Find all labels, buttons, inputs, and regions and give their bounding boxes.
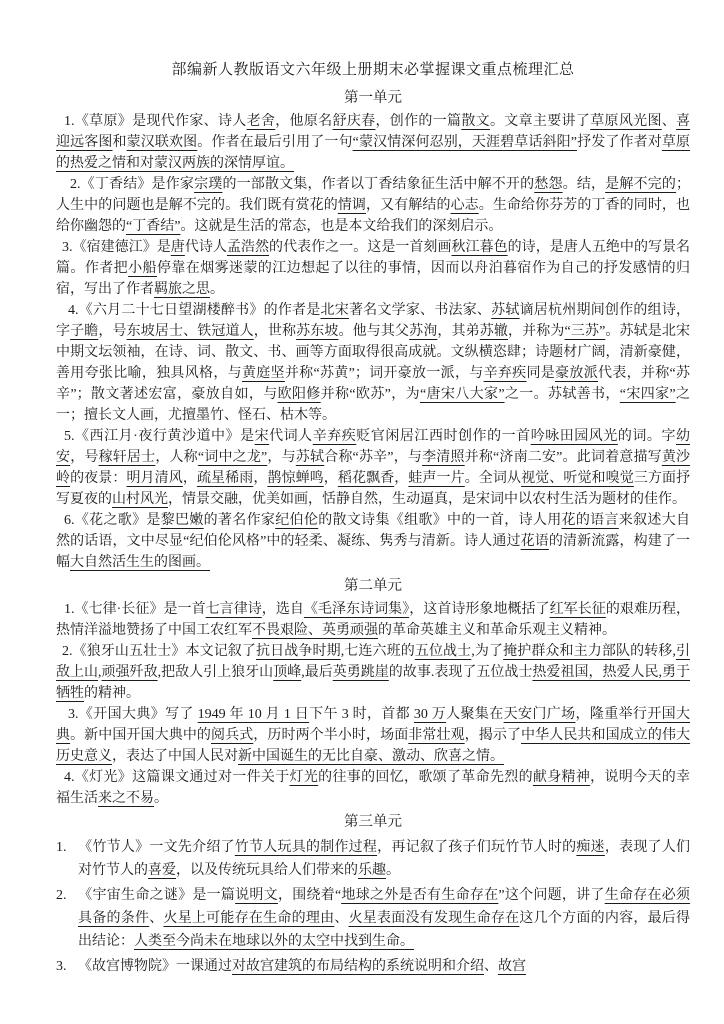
text-run: 。作者在最后引用了一句 bbox=[197, 135, 352, 150]
text-run: ,七连六班的 bbox=[341, 644, 415, 659]
underlined-text: “宋四家” bbox=[620, 387, 676, 402]
text-run: 。 bbox=[210, 282, 224, 297]
text-run: 4.《六月二十七日望湖楼醉书》的作者是 bbox=[68, 303, 320, 318]
underlined-text: 老舍 bbox=[247, 114, 276, 129]
document-title: 部编新人教版语文六年级上册期末必掌握课文重点梳理汇总 bbox=[56, 58, 690, 82]
underlined-text: 地球之外是否有生命存在 bbox=[341, 888, 498, 903]
underlined-text: 草原风光图 bbox=[590, 114, 662, 129]
underlined-text: 人类至今尚未在地球以外的太空中找到生命。 bbox=[134, 934, 414, 949]
underlined-text: “丁香结” bbox=[126, 219, 180, 234]
document-body: 第一单元1.《草原》是现代作家、诗人老舍，他原名舒庆春，创作的一篇散文。文章主要… bbox=[56, 86, 690, 978]
underlined-text: 痴迷 bbox=[576, 840, 604, 855]
underlined-text: 阅兵式 bbox=[211, 728, 253, 743]
paragraph: 6.《花之歌》是黎巴嫩的著名作家纪伯伦的散文诗集《组歌》中的一首，诗人用花的语言… bbox=[56, 510, 690, 573]
underlined-text: 苏洵 bbox=[409, 324, 437, 339]
text-run: ，这首诗形象地概括了 bbox=[409, 602, 549, 617]
text-run: 合称“苏辛”，与 bbox=[324, 450, 422, 465]
text-run: ，以及传统玩具给人们带来的 bbox=[176, 863, 358, 878]
underlined-text: 稼轩居士 bbox=[99, 450, 156, 465]
text-run: 并称“欧苏”，为 bbox=[321, 387, 420, 402]
text-run: 的一部散文集，作者以丁香结象征生活中解不开的 bbox=[222, 177, 534, 192]
underlined-text: 来之不易 bbox=[98, 791, 154, 806]
text-run: 的夜景： bbox=[70, 471, 126, 486]
section-heading: 第一单元 bbox=[56, 86, 690, 110]
text-run: 。结， bbox=[563, 177, 606, 192]
underlined-text: 疏星稀雨 bbox=[197, 471, 253, 486]
text-run: ，人称 bbox=[155, 450, 198, 465]
underlined-text: 竹节人玩具的制作过程 bbox=[235, 840, 377, 855]
underlined-text: 苏东坡 bbox=[296, 324, 338, 339]
text-run: 下午 3 时，首都 bbox=[309, 707, 414, 722]
text-run: ，世称 bbox=[254, 324, 296, 339]
underlined-text: 苏轼 bbox=[296, 450, 324, 465]
text-run: 的代表作之一。这是一首刻画 bbox=[269, 240, 451, 255]
underlined-text: 七言律诗 bbox=[206, 602, 262, 617]
paragraph: 3.《开国大典》写了 1949 年 10 月 1 日下午 3 时，首都 30 万… bbox=[56, 704, 690, 767]
underlined-text: 宋 bbox=[255, 429, 270, 444]
underlined-text: 黄庭坚 bbox=[242, 366, 285, 381]
underlined-text: 愁怨 bbox=[534, 177, 562, 192]
underlined-text: “蒙汉情深何忍别，天涯碧草话斜阳” bbox=[353, 135, 577, 150]
underlined-text: 李清照 bbox=[422, 450, 465, 465]
text-run: ， bbox=[394, 471, 408, 486]
underlined-text: “词中之龙” bbox=[198, 450, 267, 465]
text-run: 。他与其父 bbox=[339, 324, 410, 339]
underlined-text: 抗日战争时期 bbox=[256, 644, 341, 659]
underlined-text: 红军长征 bbox=[550, 602, 606, 617]
underlined-text: 灯光 bbox=[290, 770, 319, 785]
underlined-text: 纪伯伦 bbox=[275, 513, 318, 528]
underlined-text: 欧阳修 bbox=[278, 387, 321, 402]
underlined-text: 英勇跳崖 bbox=[333, 665, 389, 680]
underlined-text: 献身精神 bbox=[533, 770, 590, 785]
section-heading: 第三单元 bbox=[56, 810, 690, 834]
text-run: 的精神。 bbox=[84, 686, 140, 701]
underlined-text: 是解不完的 bbox=[605, 177, 676, 192]
text-run: ， bbox=[324, 471, 338, 486]
text-run: 、 bbox=[484, 959, 498, 974]
paragraph: 1.《七律·长征》是一首七言律诗，选自《毛泽东诗词集》，这首诗形象地概括了红军长… bbox=[56, 599, 690, 641]
underlined-text: 大自然活生生的图画。 bbox=[70, 555, 210, 570]
underlined-text: 子瞻 bbox=[70, 324, 98, 339]
underlined-text: 天安门广场 bbox=[504, 707, 576, 722]
text-run: 3.《宿建德江》是 bbox=[62, 240, 171, 255]
underlined-text: 吟咏田园风光 bbox=[531, 429, 618, 444]
text-run: 3.《开国大典》写了 bbox=[68, 707, 198, 722]
underlined-text: 辛弃疾 bbox=[313, 429, 357, 444]
text-run: 代诗人 bbox=[185, 240, 227, 255]
underlined-text: 孟浩然 bbox=[227, 240, 269, 255]
text-run: 的散文诗集《组歌》中的一首，诗人用 bbox=[318, 513, 561, 528]
text-run: 著名文学家、书法家、 bbox=[349, 303, 491, 318]
text-run: 《竹节人》一文先介绍了 bbox=[78, 840, 235, 855]
paragraph: 1.《竹节人》一文先介绍了竹节人玩具的制作过程，再记叙了孩子们玩竹节人时的痴迷，… bbox=[78, 836, 690, 882]
text-run: ，围绕着“ bbox=[278, 888, 341, 903]
text-run: ，历时两个半小时，场面 bbox=[253, 728, 408, 743]
text-run: 《宇宙生命之谜》是一篇 bbox=[78, 888, 235, 903]
text-run: ，表达了中国人民对 bbox=[112, 749, 238, 764]
text-run: ,为了 bbox=[471, 644, 503, 659]
underlined-text: 五位战士 bbox=[415, 644, 471, 659]
text-run: 的革命英雄主义和革命乐观主义精神。 bbox=[378, 623, 616, 638]
underlined-text: 说明文 bbox=[235, 888, 278, 903]
text-run: ，他原名 bbox=[275, 114, 332, 129]
underlined-text: 花语 bbox=[521, 534, 549, 549]
paragraph: 2.《狼牙山五壮士》本文记叙了抗日战争时期,七连六班的五位战士,为了掩护群众和主… bbox=[56, 641, 690, 704]
paragraph: 3.《宿建德江》是唐代诗人孟浩然的代表作之一。这是一首刻画秋江暮色的诗，是唐人五… bbox=[56, 237, 690, 300]
text-run: ，其弟 bbox=[437, 324, 479, 339]
underlined-text: 散文 bbox=[461, 114, 490, 129]
text-run: 。 bbox=[386, 863, 400, 878]
underlined-text: 视觉、听觉和嗅觉 bbox=[521, 471, 634, 486]
underlined-text: 辛弃疾 bbox=[484, 366, 527, 381]
underlined-text: 羁旅之思 bbox=[154, 282, 210, 297]
text-run: 、 bbox=[662, 114, 676, 129]
text-run: ，再记叙了孩子们玩竹节人时的 bbox=[377, 840, 576, 855]
text-run: 代词人 bbox=[269, 429, 313, 444]
text-run: 抒发了作者对 bbox=[577, 135, 662, 150]
text-run: ， bbox=[183, 471, 197, 486]
text-run: ，又有解结的 bbox=[366, 198, 451, 213]
text-run: ，隆重举行 bbox=[575, 707, 647, 722]
text-run: 贬官闲居江西时创作的一首 bbox=[356, 429, 530, 444]
section-heading: 第二单元 bbox=[56, 574, 690, 598]
text-run: ，与 bbox=[267, 450, 296, 465]
underlined-text: 蒙汉联欢图 bbox=[127, 135, 198, 150]
underlined-text: 黎巴嫩 bbox=[161, 513, 204, 528]
underlined-text: 宗璞 bbox=[194, 177, 222, 192]
text-run: ，号 bbox=[70, 450, 98, 465]
text-run: ， bbox=[253, 471, 267, 486]
text-run: 5.《西江月·夜行黄沙道中》是 bbox=[64, 429, 255, 444]
text-run: 2.《狼牙山五壮士》本文记叙了 bbox=[62, 644, 256, 659]
text-run: 同是 bbox=[526, 366, 555, 381]
text-run: 的词。字 bbox=[618, 429, 676, 444]
text-run: ”这个问题，讲了 bbox=[498, 888, 604, 903]
underlined-text: “唐宋八大家” bbox=[420, 387, 505, 402]
underlined-text: 顶峰 bbox=[273, 665, 301, 680]
text-run: ,把敌人引上狼牙山 bbox=[158, 665, 274, 680]
underlined-text: 《毛泽东诗词集》 bbox=[304, 602, 409, 617]
text-run: ，揭示了 bbox=[465, 728, 521, 743]
underlined-text: 30 万 bbox=[414, 707, 446, 722]
text-run: 。这就是生活的常态，也是本文给我们的深刻启示。 bbox=[180, 219, 502, 234]
text-run: 2.《丁香结》是作家 bbox=[70, 177, 194, 192]
underlined-text: 新中国诞生的无比自豪、激动、欣喜之情。 bbox=[238, 749, 504, 764]
underlined-text: 掩护群众和主力部队 bbox=[503, 644, 630, 659]
text-run: 1.《七律·长征》是一首 bbox=[64, 602, 206, 617]
underlined-text: 苏轼 bbox=[491, 303, 519, 318]
text-run: 的著名作家 bbox=[204, 513, 276, 528]
paragraph: 2.《宇宙生命之谜》是一篇说明文，围绕着“地球之外是否有生命存在”这个问题，讲了… bbox=[78, 884, 690, 953]
underlined-text: 小船 bbox=[128, 261, 157, 276]
underlined-text: 稻花飘香 bbox=[338, 471, 394, 486]
text-run: ，号 bbox=[98, 324, 126, 339]
underlined-text: 东坡居士、铁冠道人 bbox=[127, 324, 254, 339]
text-run: 。 bbox=[154, 791, 168, 806]
item-number: 1. bbox=[56, 836, 78, 859]
underlined-text: 舒庆春 bbox=[333, 114, 376, 129]
underlined-text: “三苏” bbox=[565, 324, 606, 339]
underlined-text: 喜爱 bbox=[148, 863, 176, 878]
text-run: 并称“济南二安”。此词着意描写 bbox=[465, 450, 662, 465]
underlined-text: 1949 年 10 月 1 日 bbox=[198, 707, 309, 722]
text-run: 。新中国开国大典中的 bbox=[70, 728, 211, 743]
underlined-text: 花的语言 bbox=[562, 513, 619, 528]
text-run: 人聚集在 bbox=[446, 707, 503, 722]
underlined-text: 火星上可能存在生命的理由 bbox=[163, 911, 334, 926]
underlined-text: 北宋 bbox=[320, 303, 348, 318]
item-number: 3. bbox=[56, 955, 78, 978]
underlined-text: 秋江暮色 bbox=[452, 240, 508, 255]
text-run: 、 bbox=[334, 911, 348, 926]
underlined-text: 明月清风 bbox=[126, 471, 182, 486]
text-run: 。文章主要讲了 bbox=[490, 114, 590, 129]
underlined-text: 火星表面没有发现生命存在 bbox=[349, 911, 520, 926]
underlined-text: 对故宫建筑的布局结构的系统说明和介绍 bbox=[232, 959, 484, 974]
text-run: 。全词从 bbox=[465, 471, 521, 486]
text-run: 的故事.表现了五位战士 bbox=[389, 665, 533, 680]
text-run: 、 bbox=[149, 911, 163, 926]
text-run: 和 bbox=[113, 135, 127, 150]
text-run: 的往事的回忆，歌颂了革命先烈的 bbox=[318, 770, 533, 785]
text-run: 4.《灯光》这篇课文通过对一件关于 bbox=[64, 770, 290, 785]
text-run: 并称“苏黄”；词开豪放一派，与 bbox=[285, 366, 484, 381]
item-number: 2. bbox=[56, 884, 78, 907]
underlined-text: 豪放派 bbox=[555, 366, 598, 381]
underlined-text: 山村风光 bbox=[112, 492, 168, 507]
text-run: 6.《花之歌》是 bbox=[64, 513, 161, 528]
underlined-text: 苏辙 bbox=[480, 324, 508, 339]
paragraph: 5.《西江月·夜行黄沙道中》是宋代词人辛弃疾贬官闲居江西时创作的一首吟咏田园风光… bbox=[56, 426, 690, 510]
text-run: 《故宫博物院》一课通过 bbox=[78, 959, 232, 974]
text-run: 之一。苏轼善书， bbox=[505, 387, 620, 402]
text-run: ，情景交融，优美如画，恬静自然，生动逼真，是宋词中以农村生活为题材的佳作。 bbox=[168, 492, 686, 507]
underlined-text: 非常壮观 bbox=[408, 728, 464, 743]
underlined-text: 唐 bbox=[171, 240, 185, 255]
text-run: ,最后 bbox=[301, 665, 333, 680]
underlined-text: 顽强歼敌 bbox=[102, 665, 158, 680]
underlined-text: 乐趣 bbox=[358, 863, 386, 878]
text-run: 1.《草原》是现代作家、诗人 bbox=[64, 114, 247, 129]
document-page: 部编新人教版语文六年级上册期末必掌握课文重点梳理汇总 第一单元1.《草原》是现代… bbox=[0, 0, 724, 1024]
paragraph: 4.《六月二十七日望湖楼醉书》的作者是北宋著名文学家、书法家、苏轼谪居杭州期间创… bbox=[56, 300, 690, 426]
underlined-text: 不畏艰险、英勇顽强 bbox=[252, 623, 378, 638]
text-run: ，选自 bbox=[262, 602, 304, 617]
underlined-text: 心志 bbox=[451, 198, 479, 213]
underlined-text: 故宫 bbox=[498, 959, 526, 974]
text-run: ，创作的一篇 bbox=[375, 114, 461, 129]
paragraph: 4.《灯光》这篇课文通过对一件关于灯光的往事的回忆，歌颂了革命先烈的献身精神，说… bbox=[56, 767, 690, 809]
text-run: ，并称为 bbox=[508, 324, 565, 339]
underlined-text: 鹊惊蝉鸣 bbox=[267, 471, 323, 486]
underlined-text: 蛙声一片 bbox=[408, 471, 464, 486]
text-run: 的转移, bbox=[630, 644, 676, 659]
underlined-text: 情调 bbox=[338, 198, 366, 213]
paragraph: 1.《草原》是现代作家、诗人老舍，他原名舒庆春，创作的一篇散文。文章主要讲了草原… bbox=[56, 111, 690, 174]
paragraph: 2.《丁香结》是作家宗璞的一部散文集，作者以丁香结象征生活中解不开的愁怨。结，是… bbox=[56, 174, 690, 237]
paragraph: 3.《故宫博物院》一课通过对故宫建筑的布局结构的系统说明和介绍、故宫 bbox=[78, 955, 690, 978]
